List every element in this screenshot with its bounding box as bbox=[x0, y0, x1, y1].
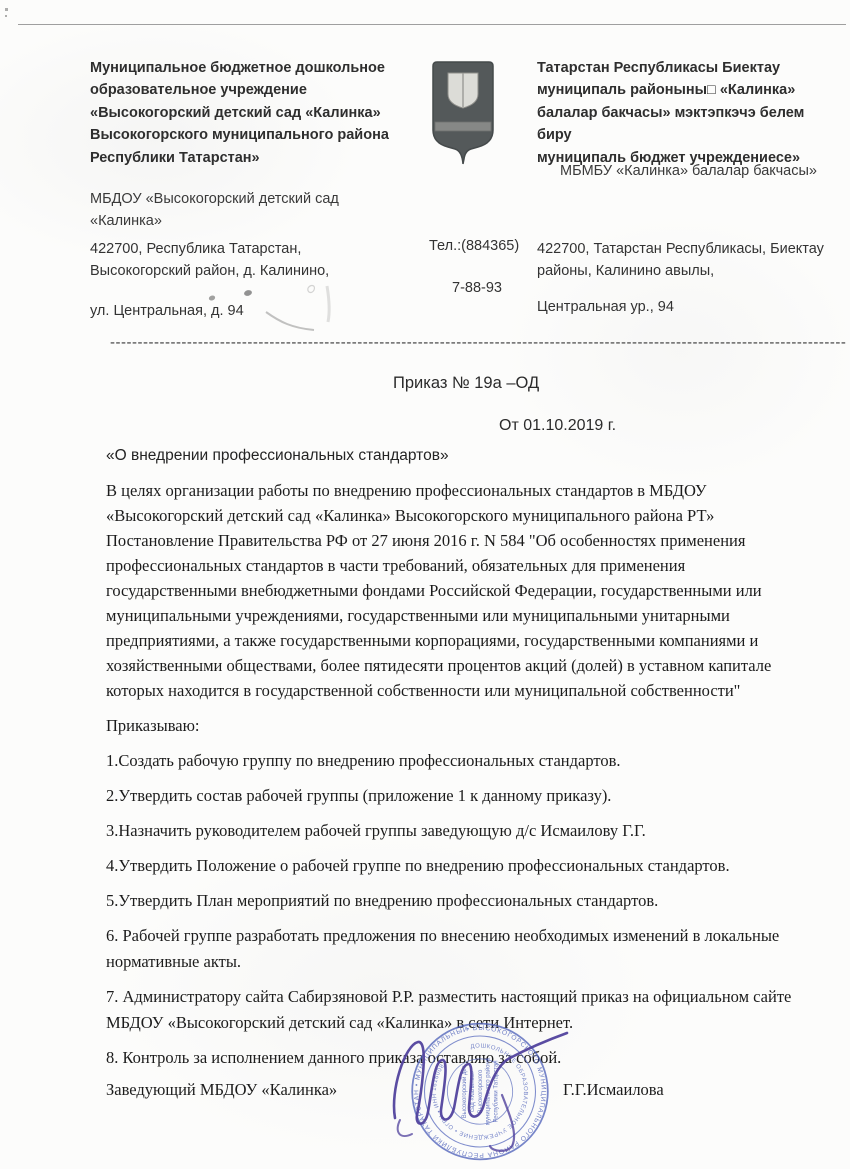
street-tatar: Центральная ур., 94 bbox=[537, 299, 674, 315]
org-name-tatar: Татарстан Республикасы Биектау муниципал… bbox=[537, 57, 837, 169]
order-date: От 01.10.2019 г. bbox=[499, 417, 616, 435]
signature-row: Заведующий МБДОУ «Калинка» Г.Г.Исмаилова bbox=[106, 1080, 818, 1106]
order-item-3: 3.Назначить руководителем рабочей группы… bbox=[106, 818, 818, 844]
order-item-5: 5.Утвердить План мероприятий по внедрени… bbox=[106, 888, 818, 914]
street-russian: ул. Центральная, д. 94 bbox=[90, 303, 244, 319]
heraldic-shield-icon bbox=[428, 60, 498, 166]
order-item-6: 6. Рабочей группе разработать предложени… bbox=[106, 923, 818, 975]
address-russian: 422700, Республика Татарстан, Высокогорс… bbox=[90, 238, 390, 283]
org-abbr-russian: МБДОУ «Высокогорский детский сад «Калинк… bbox=[90, 188, 420, 233]
order-title: Приказ № 19а –ОД bbox=[393, 374, 539, 393]
phone-label: Тел.:(884365) bbox=[429, 238, 519, 254]
order-item-4: 4.Утвердить Положение о рабочей группе п… bbox=[106, 853, 818, 879]
address-tatar: 422700, Татарстан Республикасы, Биектау … bbox=[537, 238, 847, 283]
order-item-8: 8. Контроль за исполнением данного прика… bbox=[106, 1045, 818, 1071]
order-subject: «О внедрении профессиональных стандартов… bbox=[106, 447, 818, 465]
signature-position: Заведующий МБДОУ «Калинка» bbox=[106, 1080, 337, 1099]
order-body: «О внедрении профессиональных стандартов… bbox=[106, 447, 818, 1106]
phone-number: 7-88-93 bbox=[452, 280, 502, 296]
order-preamble: В целях организации работы по внедрению … bbox=[106, 478, 818, 703]
scanned-order-document: Муниципальное бюджетное дошкольное образ… bbox=[0, 0, 850, 1169]
scan-artifact-dot bbox=[5, 15, 7, 17]
coat-of-arms bbox=[428, 60, 498, 166]
order-item-2: 2.Утвердить состав рабочей группы (прило… bbox=[106, 783, 818, 809]
order-item-7: 7. Администратору сайта Сабирзяновой Р.Р… bbox=[106, 984, 818, 1036]
dashed-separator: ----------------------------------------… bbox=[110, 334, 847, 352]
scan-artifact-dot bbox=[5, 8, 8, 11]
org-abbr-tatar: МБМБУ «Калинка» балалар бакчасы» bbox=[560, 163, 850, 179]
org-name-russian: Муниципальное бюджетное дошкольное образ… bbox=[90, 57, 430, 169]
signature-name: Г.Г.Исмаилова bbox=[563, 1080, 664, 1100]
decree-word: Приказываю: bbox=[106, 713, 818, 739]
order-item-1: 1.Создать рабочую группу по внедрению пр… bbox=[106, 748, 818, 774]
scan-top-edge-line bbox=[18, 24, 846, 25]
